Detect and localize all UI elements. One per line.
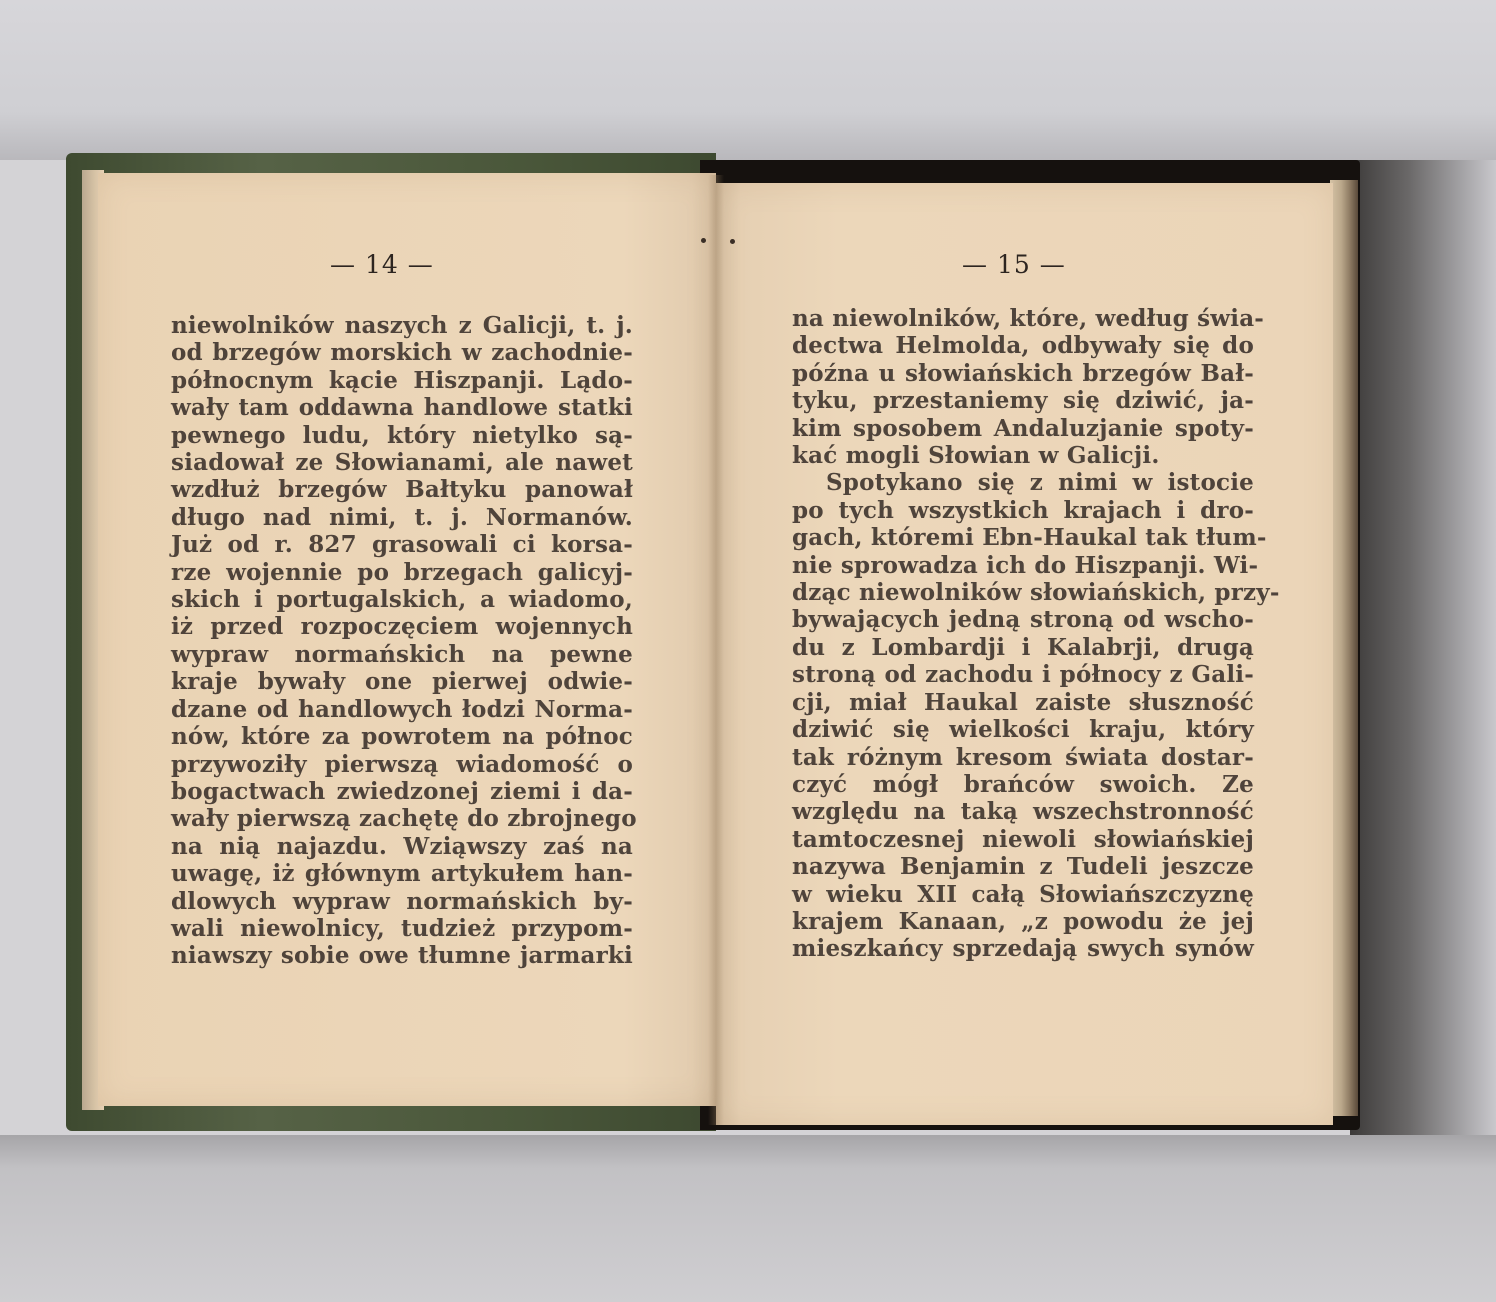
text-line: gach, któremi Ebn-Haukal tak tłum- [792, 524, 1254, 551]
text-line: dziwić się wielkości kraju, który [792, 716, 1254, 743]
text-line: na niewolników, które, według świa- [792, 305, 1254, 332]
paper-speck [701, 238, 706, 243]
text-line: bywających jedną stroną od wscho- [792, 606, 1254, 633]
text-line: Spotykano się z nimi w istocie [792, 469, 1254, 496]
text-line: mieszkańcy sprzedają swych synów [792, 935, 1254, 962]
text-line: nie sprowadza ich do Hiszpanji. Wi- [792, 552, 1254, 579]
text-line: dlowych wypraw normańskich by- [171, 888, 633, 915]
text-line: iż przed rozpoczęciem wojennych [171, 613, 633, 640]
left-page-text: niewolników naszych z Galicji, t. j. od … [171, 312, 633, 970]
right-page-text: na niewolników, które, według świa- dect… [792, 305, 1254, 963]
text-line: późna u słowiańskich brzegów Bał- [792, 360, 1254, 387]
text-line: kim sposobem Andaluzjanie spoty- [792, 415, 1254, 442]
text-line: w wieku XII całą Słowiańszczyznę [792, 881, 1254, 908]
text-line: cji, miał Haukal zaiste słuszność [792, 689, 1254, 716]
text-line: krajem Kanaan, „z powodu że jej [792, 908, 1254, 935]
text-line: Już od r. 827 grasowali ci korsa- [171, 531, 633, 558]
text-line: wały pierwszą zachętę do zbrojnego [171, 805, 633, 832]
scan-background-bottom [0, 1135, 1496, 1302]
book-gutter [708, 175, 724, 1125]
text-line: wali niewolnicy, tudzież przypom- [171, 915, 633, 942]
text-line: du z Lombardji i Kalabrji, drugą [792, 634, 1254, 661]
text-line: od brzegów morskich w zachodnie- [171, 339, 633, 366]
text-line: północnym kącie Hiszpanji. Lądo- [171, 367, 633, 394]
text-line: nów, które za powrotem na północ [171, 723, 633, 750]
text-line: kać mogli Słowian w Galicji. [792, 442, 1254, 469]
text-line: stroną od zachodu i północy z Gali- [792, 661, 1254, 688]
text-line: skich i portugalskich, a wiadomo, [171, 586, 633, 613]
text-line: po tych wszystkich krajach i dro- [792, 497, 1254, 524]
text-line: kraje bywały one pierwej odwie- [171, 668, 633, 695]
text-line: przywoziły pierwszą wiadomość o [171, 751, 633, 778]
text-line: pewnego ludu, który nietylko są- [171, 422, 633, 449]
text-line: wzdłuż brzegów Bałtyku panował [171, 476, 633, 503]
text-line: uwagę, iż głównym artykułem han- [171, 860, 633, 887]
text-line: na nią najazdu. Wziąwszy zaś na [171, 833, 633, 860]
scan-background-shadow [1350, 160, 1496, 1140]
text-line: tamtoczesnej niewoli słowiańskiej [792, 826, 1254, 853]
text-line: nazywa Benjamin z Tudeli jeszcze [792, 853, 1254, 880]
text-line: niawszy sobie owe tłumne jarmarki [171, 942, 633, 969]
scan-background-top [0, 0, 1496, 160]
page-number-left: — 14 — [330, 250, 434, 279]
text-line: bogactwach zwiedzonej ziemi i da- [171, 778, 633, 805]
page-number-right: — 15 — [962, 250, 1066, 279]
text-line: dectwa Helmolda, odbywały się do [792, 332, 1254, 359]
page-block-edge-right [1330, 180, 1358, 1116]
text-line: siadował ze Słowianami, ale nawet [171, 449, 633, 476]
text-line: wały tam oddawna handlowe statki [171, 394, 633, 421]
text-line: długo nad nimi, t. j. Normanów. [171, 504, 633, 531]
paper-speck [730, 239, 735, 244]
text-line: względu na taką wszechstronność [792, 798, 1254, 825]
text-line: tyku, przestaniemy się dziwić, ja- [792, 387, 1254, 414]
text-line: dząc niewolników słowiańskich, przy- [792, 579, 1254, 606]
text-line: tak różnym kresom świata dostar- [792, 744, 1254, 771]
text-line: rze wojennie po brzegach galicyj- [171, 559, 633, 586]
text-line: dzane od handlowych łodzi Norma- [171, 696, 633, 723]
text-line: niewolników naszych z Galicji, t. j. [171, 312, 633, 339]
text-line: wypraw normańskich na pewne [171, 641, 633, 668]
text-line: czyć mógł brańców swoich. Ze [792, 771, 1254, 798]
